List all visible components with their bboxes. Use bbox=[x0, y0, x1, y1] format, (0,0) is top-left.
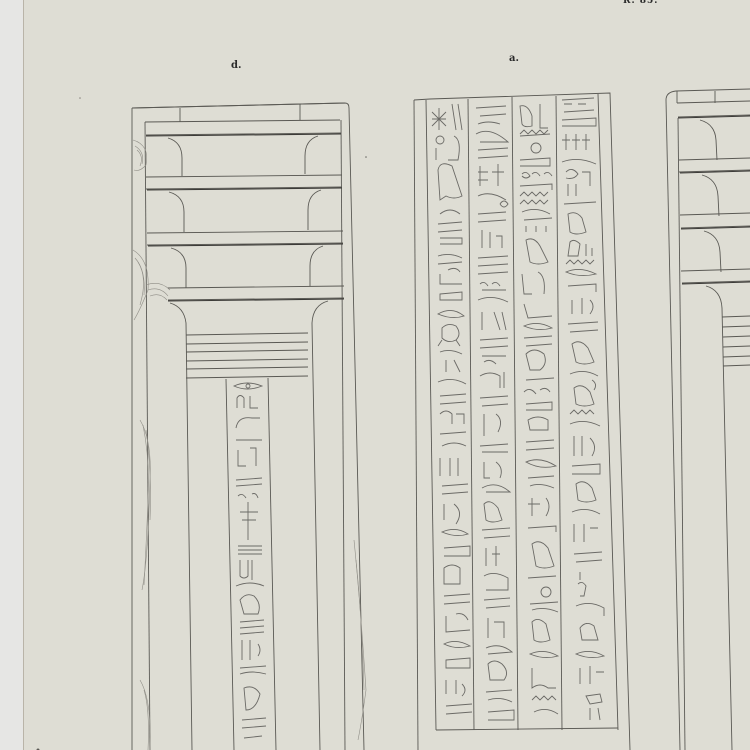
figure-a-inscribed-slab bbox=[414, 93, 630, 750]
hieroglyph-column-a4 bbox=[562, 98, 604, 720]
ink-spot bbox=[365, 156, 367, 158]
figure-d-door-jamb bbox=[132, 103, 366, 750]
ink-spot bbox=[79, 97, 81, 99]
hieroglyph-column-a2 bbox=[476, 106, 514, 720]
hieroglyph-column-d bbox=[234, 383, 266, 738]
figure-c-door-jamb-partial bbox=[666, 89, 750, 750]
hieroglyph-column-a1 bbox=[432, 104, 472, 714]
plate-drawing bbox=[0, 0, 750, 750]
hieroglyph-column-a3 bbox=[520, 104, 558, 714]
